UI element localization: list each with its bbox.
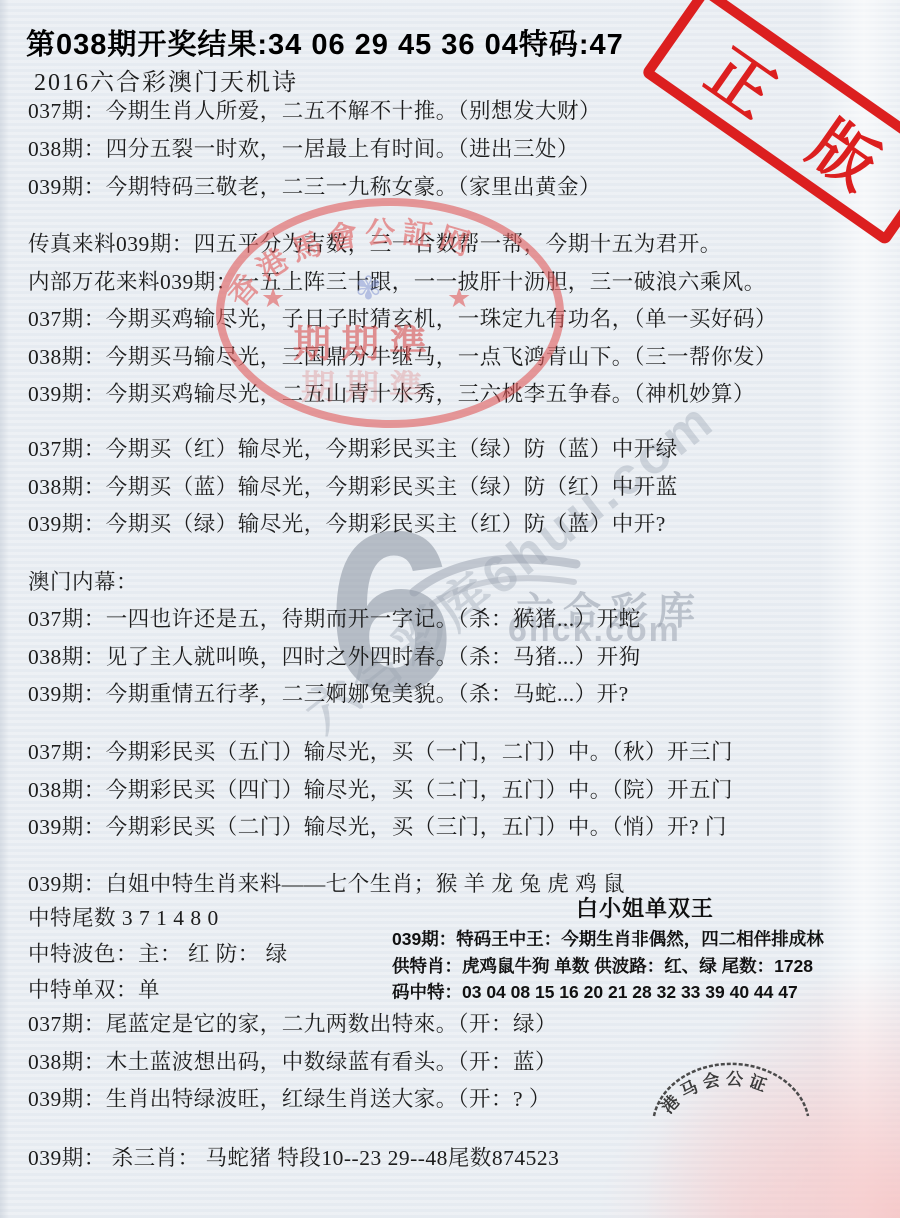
zhengban-stamp: 正 版 (641, 0, 900, 246)
wave-line: 037期：尾蓝定是它的家，二九两数出特來。（开：绿） (28, 1006, 557, 1044)
fax-line: 内部万花来料039期：一五上阵三十跟，一一披肝十沥胆，三一破浪六乘风。 (28, 264, 777, 302)
left-stats-column: 中特尾数 3 7 1 4 8 0 中特波色：主： 红 防： 绿 中特单双：单 (28, 900, 288, 1008)
color-buy-line: 039期：今期买（绿）输尽光，今期彩民买主（红）防（蓝）中开? (28, 506, 678, 544)
zhengban-char: 正 (691, 23, 796, 135)
stat-line: 中特尾数 3 7 1 4 8 0 (28, 900, 288, 936)
macau-insider-heading: 澳门内幕： (28, 564, 138, 602)
wave-line: 039期：生肖出特绿波旺，红绿生肖送大家。（开：? ） (28, 1081, 557, 1119)
color-buy-line: 037期：今期买（红）输尽光，今期彩民买主（绿）防（蓝）中开绿 (28, 431, 678, 469)
zhengban-char: 版 (794, 95, 899, 207)
stat-line: 中特单双：单 (28, 972, 288, 1008)
kill-three-zodiac-line: 039期： 杀三肖： 马蛇猪 特段10--23 29--48尾数874523 (28, 1140, 559, 1178)
macau-line: 039期：今期重情五行孝，二三婀娜兔美貌。（杀：马蛇...）开? (28, 676, 641, 714)
macau-line: 037期：一四也许还是五，待期而开一字记。（杀：猴猪...）开蛇 (28, 601, 641, 639)
bottom-arc-text: 港马会公证 (658, 1068, 774, 1117)
color-buy-line: 038期：今期买（蓝）输尽光，今期彩民买主（绿）防（红）中开蓝 (28, 469, 678, 507)
tianji-poem-section: 037期：今期生肖人所爱，二五不解不十推。（别想发大财） 038期：四分五裂一时… (28, 92, 601, 206)
fax-line: 039期：今期买鸡输尽光，二五山青十水秀，三六桃李五争春。（神机妙算） (28, 376, 777, 414)
macau-insider-section: 037期：一四也许还是五，待期而开一字记。（杀：猴猪...）开蛇 038期：见了… (28, 601, 641, 714)
fax-line: 传真来料039期：四五平分为吉数，三一合数帮一帮，今期十五为君开。 (28, 226, 777, 264)
door-line: 038期：今期彩民买（四门）输尽光，买（二门，五门）中。（院）开五门 (28, 772, 733, 810)
macau-line: 038期：见了主人就叫唤，四时之外四时春。（杀：马猪...）开狗 (28, 639, 641, 677)
fax-line: 037期：今期买鸡输尽光，子日子时猜玄机，一珠定九有功名，（单一买好码） (28, 301, 777, 339)
page-title: 第038期开奖结果:34 06 29 45 36 04特码:47 (26, 22, 624, 63)
bottom-arc-stamp: 港马会公证 (648, 1040, 818, 1120)
fax-line: 038期：今期买马输尽光，三国鼎分牛继马，一点飞鸿青山下。（三一帮你发） (28, 339, 777, 377)
baixiaojie-block: 白小姐单双王 039期：特码王中王：今期生肖非偶然，四二相伴排成林 供特肖：虎鸡… (392, 892, 898, 1006)
poem-line: 037期：今期生肖人所爱，二五不解不十推。（别想发大财） (28, 92, 601, 130)
svg-text:港马会公证: 港马会公证 (658, 1068, 774, 1117)
doors-section: 037期：今期彩民买（五门）输尽光，买（一门，二门）中。（秋）开三门 038期：… (28, 734, 733, 847)
baixiaojie-line: 码中特：03 04 08 15 16 20 21 28 32 33 39 40 … (392, 979, 898, 1006)
fax-section: 传真来料039期：四五平分为吉数，三一合数帮一帮，今期十五为君开。 内部万花来料… (28, 226, 777, 414)
poem-line: 038期：四分五裂一时欢，一居最上有时间。（进出三处） (28, 130, 601, 168)
door-line: 039期：今期彩民买（二门）输尽光，买（三门，五门）中。（悄）开? 门 (28, 809, 733, 847)
color-buy-section: 037期：今期买（红）输尽光，今期彩民买主（绿）防（蓝）中开绿 038期：今期买… (28, 431, 678, 544)
baixiaojie-title: 白小姐单双王 (392, 892, 898, 923)
watermark-swoosh-icon (408, 540, 588, 610)
poem-line: 039期：今期特码三敬老，二三一九称女豪。（家里出黄金） (28, 168, 601, 206)
baixiaojie-line: 供特肖：虎鸡鼠牛狗 单数 供波路：红、绿 尾数：1728 (392, 953, 898, 980)
wave-color-section: 037期：尾蓝定是它的家，二九两数出特來。（开：绿） 038期：木土蓝波想出码，… (28, 1006, 557, 1119)
baixiaojie-line: 039期：特码王中王：今期生肖非偶然，四二相伴排成林 (392, 926, 898, 953)
stat-line: 中特波色：主： 红 防： 绿 (28, 936, 288, 972)
door-line: 037期：今期彩民买（五门）输尽光，买（一门，二门）中。（秋）开三门 (28, 734, 733, 772)
wave-line: 038期：木土蓝波想出码，中数绿蓝有看头。（开：蓝） (28, 1044, 557, 1082)
lottery-tip-sheet: 6 六合彩库 6hck.com 六合彩库6huu.com 第038期开奖结果:3… (0, 0, 900, 1218)
